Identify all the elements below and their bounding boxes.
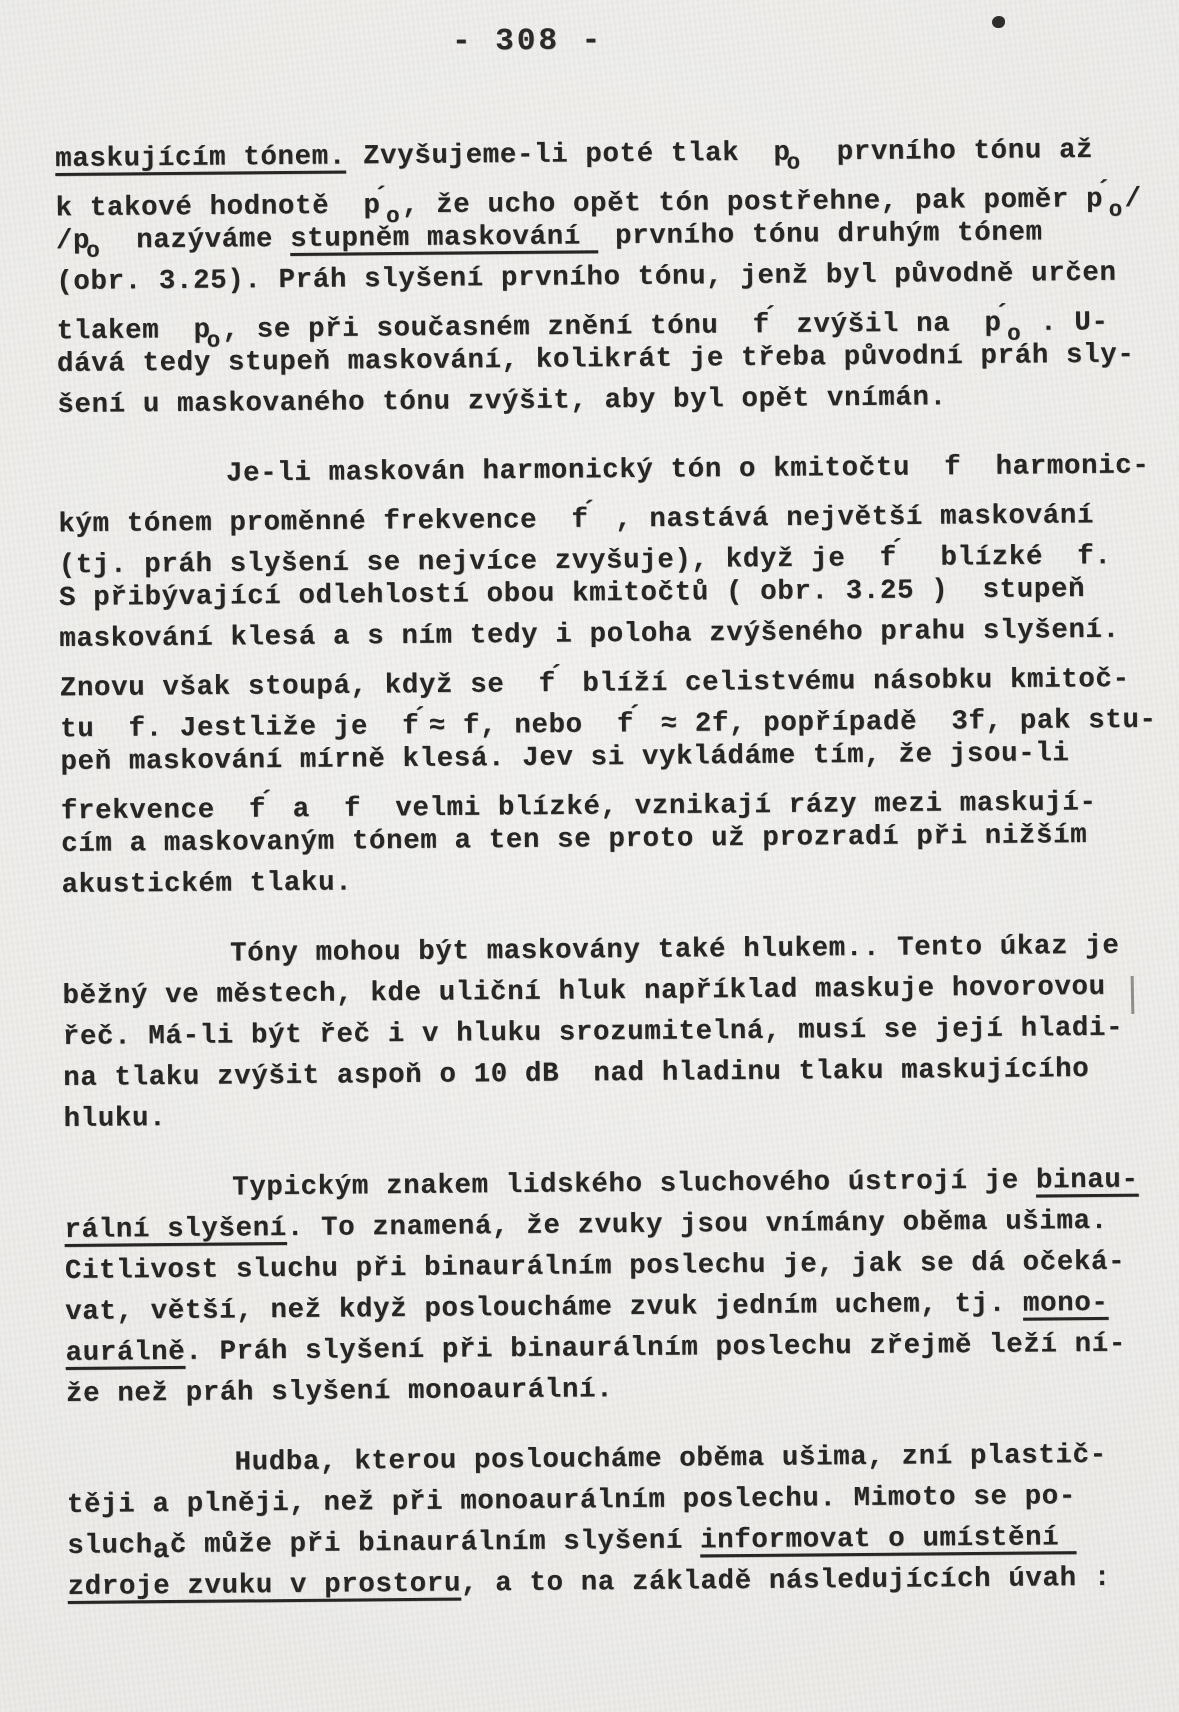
underlined-text: binau- [1036, 1165, 1139, 1197]
text-segment: / [1124, 184, 1141, 215]
superscript: ´ [412, 698, 429, 739]
underlined-text: mono- [1023, 1288, 1109, 1320]
superscript: ´ [626, 696, 643, 737]
text-segment: (obr. 3.25). Práh slyšení prvního tónu, … [56, 258, 1117, 298]
text-segment: dává tedy stupeň maskování, kolikrát je … [57, 340, 1135, 380]
underlined-text: informovat o umístění [700, 1522, 1077, 1556]
superscript: ´ [762, 297, 779, 338]
text-segment: akustickém tlaku. [61, 867, 352, 901]
text-line: akustickém tlaku. [61, 856, 1146, 906]
superscript: ´ [889, 530, 906, 571]
text-segment: Tóny mohou být maskovány také hlukem.. T… [230, 931, 1120, 970]
text-segment: těji a plněji, než při monoaurálním posl… [67, 1481, 1076, 1521]
text-segment: a [153, 1530, 170, 1571]
page-content: maskujícím tónem. Zvyšujeme-li poté tlak… [55, 130, 1153, 1608]
ink-dot [992, 16, 1005, 28]
text-segment: maskování klesá a s ním tedy i poloha zv… [59, 615, 1120, 655]
paragraph: maskujícím tónem. Zvyšujeme-li poté tlak… [55, 130, 1142, 426]
text-segment: Citlivost sluchu při binaurálním poslech… [65, 1247, 1126, 1287]
text-segment: . To znamená, že zvuky jsou vnímány oběm… [287, 1206, 1108, 1244]
text-segment: . Práh slyšení při binaurálním poslechu … [185, 1329, 1126, 1368]
text-segment: peň maskování mírně klesá. Jev si vyklád… [60, 738, 1069, 778]
text-segment: šení u maskovaného tónu zvýšit, aby byl … [57, 382, 947, 421]
paragraph: Hudba, kterou posloucháme oběma ušima, z… [66, 1434, 1152, 1607]
text-segment: řeč. Má-li být řeč i v hluku srozumiteln… [63, 1013, 1124, 1053]
text-segment: Je-li maskován harmonický tón o kmitočtu… [226, 450, 1150, 489]
underlined-text: zdroje zvuku v prostoru [68, 1569, 462, 1603]
text-segment: Typickým znakem lidského sluchového ústr… [232, 1165, 1036, 1203]
text-segment: že než práh slyšení monoaurální. [66, 1374, 614, 1410]
text-segment: Hudba, kterou posloucháme oběma ušima, z… [234, 1440, 1106, 1479]
text-segment: Zvyšujeme-li poté tlak [346, 138, 774, 173]
subscript: o [1108, 190, 1122, 231]
text-segment: cím a maskovaným tónem a ten se proto už… [61, 820, 1087, 860]
underlined-text: maskujícím tónem. [55, 141, 346, 175]
paragraph: Tóny mohou být maskovány také hlukem.. T… [62, 926, 1149, 1140]
text-segment: č může při binaurálním slyšení [170, 1525, 700, 1561]
underlined-text: stupněm maskování [290, 221, 598, 255]
text-segment: prvního tónu až [802, 135, 1093, 169]
text-segment: běžný ve městech, kde uliční hluk napřík… [62, 972, 1105, 1012]
text-line: že než práh slyšení monoaurální. [66, 1364, 1151, 1414]
page-number: - 308 - [452, 23, 603, 59]
underlined-text: rální slyšení [64, 1213, 287, 1246]
text-segment: S přibývající odlehlostí obou kmitočtů (… [59, 574, 1085, 614]
text-segment: sluch [67, 1530, 153, 1562]
text-segment: vat, větší, než když posloucháme zvuk je… [65, 1289, 1023, 1328]
scan-artifact [1131, 976, 1135, 1014]
underlined-text: aurálně [65, 1337, 185, 1369]
text-segment: na tlaku zvýšit aspoň o 10 dB nad hladin… [63, 1054, 1089, 1094]
text-segment: hluku. [63, 1103, 166, 1135]
text-segment: prvního tónu druhým tónem [598, 217, 1043, 252]
superscript: ´ [581, 491, 598, 532]
text-line: šení u maskovaného tónu zvýšit, aby byl … [57, 376, 1142, 426]
superscript: ´ [548, 656, 565, 697]
text-line: zdroje zvuku v prostoru, a to na základě… [67, 1557, 1152, 1607]
text-segment: nazýváme [102, 224, 290, 257]
paragraph: Typickým znakem lidského sluchového ústr… [64, 1159, 1151, 1414]
superscript: ´ [259, 781, 276, 822]
paragraph: Je-li maskován harmonický tón o kmitočtu… [58, 446, 1147, 906]
text-segment: , a to na základě následujících úvah : [461, 1563, 1111, 1600]
